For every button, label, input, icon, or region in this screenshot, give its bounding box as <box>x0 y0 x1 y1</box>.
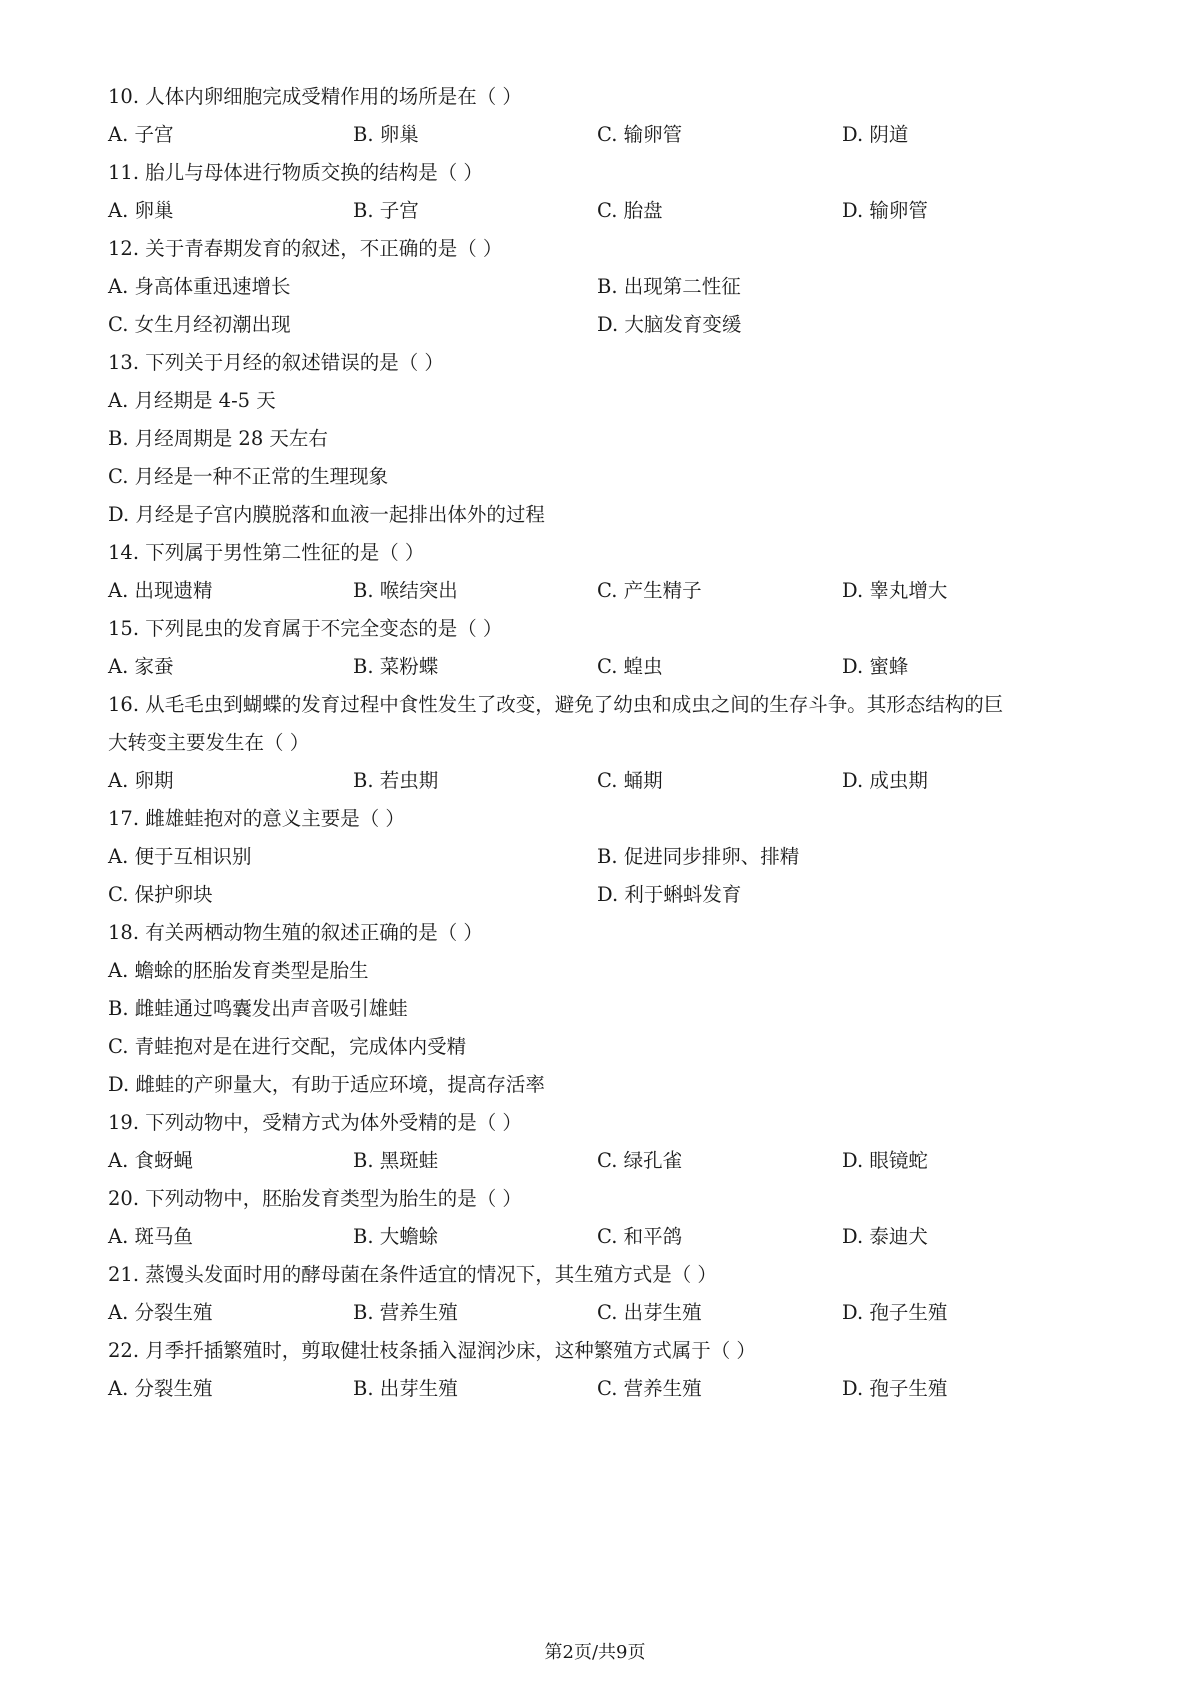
option-d: D. 月经是子宫内膜脱落和血液一起排出体外的过程 <box>108 496 545 534</box>
option-c: C. 青蛙抱对是在进行交配，完成体内受精 <box>108 1028 466 1066</box>
option-a: A. 卵巢 <box>108 192 173 230</box>
option-d: D. 孢子生殖 <box>842 1370 947 1408</box>
question-20-stem: 20. 下列动物中，胚胎发育类型为胎生的是（ ） <box>108 1180 522 1218</box>
option-c: C. 保护卵块 <box>108 876 213 914</box>
option-a: A. 卵期 <box>108 762 173 800</box>
option-c: C. 月经是一种不正常的生理现象 <box>108 458 388 496</box>
option-d: D. 孢子生殖 <box>842 1294 947 1332</box>
option-b: B. 雌蛙通过鸣囊发出声音吸引雄蛙 <box>108 990 408 1028</box>
option-a: A. 分裂生殖 <box>108 1294 212 1332</box>
question-11-stem: 11. 胎儿与母体进行物质交换的结构是（ ） <box>108 154 483 192</box>
question-16-stem-line2: 大转变主要发生在（ ） <box>108 724 309 762</box>
option-b: B. 营养生殖 <box>353 1294 458 1332</box>
question-15-stem: 15. 下列昆虫的发育属于不完全变态的是（ ） <box>108 610 502 648</box>
option-c: C. 女生月经初潮出现 <box>108 306 291 344</box>
option-d: D. 大脑发育变缓 <box>597 306 741 344</box>
option-c: C. 产生精子 <box>597 572 702 610</box>
exam-page: 10. 人体内卵细胞完成受精作用的场所是在（ ） A. 子宫 B. 卵巢 C. … <box>0 0 1190 1683</box>
question-21-stem: 21. 蒸馒头发面时用的酵母菌在条件适宜的情况下，其生殖方式是（ ） <box>108 1256 717 1294</box>
option-a: A. 食蚜蝇 <box>108 1142 193 1180</box>
option-a: A. 月经期是 4-5 天 <box>108 382 276 420</box>
option-b: B. 月经周期是 28 天左右 <box>108 420 328 458</box>
option-c: C. 输卵管 <box>597 116 682 154</box>
option-c: C. 出芽生殖 <box>597 1294 702 1332</box>
question-17-stem: 17. 雌雄蛙抱对的意义主要是（ ） <box>108 800 405 838</box>
option-d: D. 雌蛙的产卵量大，有助于适应环境，提高存活率 <box>108 1066 545 1104</box>
option-b: B. 大蟾蜍 <box>353 1218 438 1256</box>
option-c: C. 胎盘 <box>597 192 663 230</box>
option-c: C. 蛹期 <box>597 762 663 800</box>
option-a: A. 出现遗精 <box>108 572 212 610</box>
question-16-stem-line1: 16. 从毛毛虫到蝴蝶的发育过程中食性发生了改变，避免了幼虫和成虫之间的生存斗争… <box>108 686 1003 724</box>
option-d: D. 泰迪犬 <box>842 1218 928 1256</box>
option-d: D. 阴道 <box>842 116 908 154</box>
option-d: D. 蜜蜂 <box>842 648 908 686</box>
option-c: C. 蝗虫 <box>597 648 663 686</box>
option-a: A. 子宫 <box>108 116 173 154</box>
option-c: C. 和平鸽 <box>597 1218 682 1256</box>
option-b: B. 若虫期 <box>353 762 438 800</box>
option-b: B. 卵巢 <box>353 116 419 154</box>
question-14-stem: 14. 下列属于男性第二性征的是（ ） <box>108 534 424 572</box>
question-13-stem: 13. 下列关于月经的叙述错误的是（ ） <box>108 344 444 382</box>
option-b: B. 喉结突出 <box>353 572 458 610</box>
option-a: A. 家蚕 <box>108 648 173 686</box>
option-d: D. 成虫期 <box>842 762 928 800</box>
page-number-footer: 第2页/共9页 <box>0 1638 1190 1668</box>
option-b: B. 黑斑蛙 <box>353 1142 438 1180</box>
option-a: A. 分裂生殖 <box>108 1370 212 1408</box>
option-a: A. 蟾蜍的胚胎发育类型是胎生 <box>108 952 368 990</box>
option-d: D. 输卵管 <box>842 192 928 230</box>
option-b: B. 出芽生殖 <box>353 1370 458 1408</box>
option-c: C. 绿孔雀 <box>597 1142 682 1180</box>
option-b: B. 出现第二性征 <box>597 268 741 306</box>
option-d: D. 睾丸增大 <box>842 572 947 610</box>
option-b: B. 促进同步排卵、排精 <box>597 838 799 876</box>
option-c: C. 营养生殖 <box>597 1370 702 1408</box>
option-b: B. 菜粉蝶 <box>353 648 438 686</box>
question-19-stem: 19. 下列动物中，受精方式为体外受精的是（ ） <box>108 1104 522 1142</box>
question-18-stem: 18. 有关两栖动物生殖的叙述正确的是（ ） <box>108 914 483 952</box>
question-22-stem: 22. 月季扦插繁殖时，剪取健壮枝条插入湿润沙床，这种繁殖方式属于（ ） <box>108 1332 756 1370</box>
option-a: A. 便于互相识别 <box>108 838 251 876</box>
question-10-stem: 10. 人体内卵细胞完成受精作用的场所是在（ ） <box>108 78 522 116</box>
option-d: D. 眼镜蛇 <box>842 1142 928 1180</box>
option-b: B. 子宫 <box>353 192 419 230</box>
option-d: D. 利于蝌蚪发育 <box>597 876 741 914</box>
option-a: A. 身高体重迅速增长 <box>108 268 290 306</box>
option-a: A. 斑马鱼 <box>108 1218 193 1256</box>
question-12-stem: 12. 关于青春期发育的叙述，不正确的是（ ） <box>108 230 502 268</box>
